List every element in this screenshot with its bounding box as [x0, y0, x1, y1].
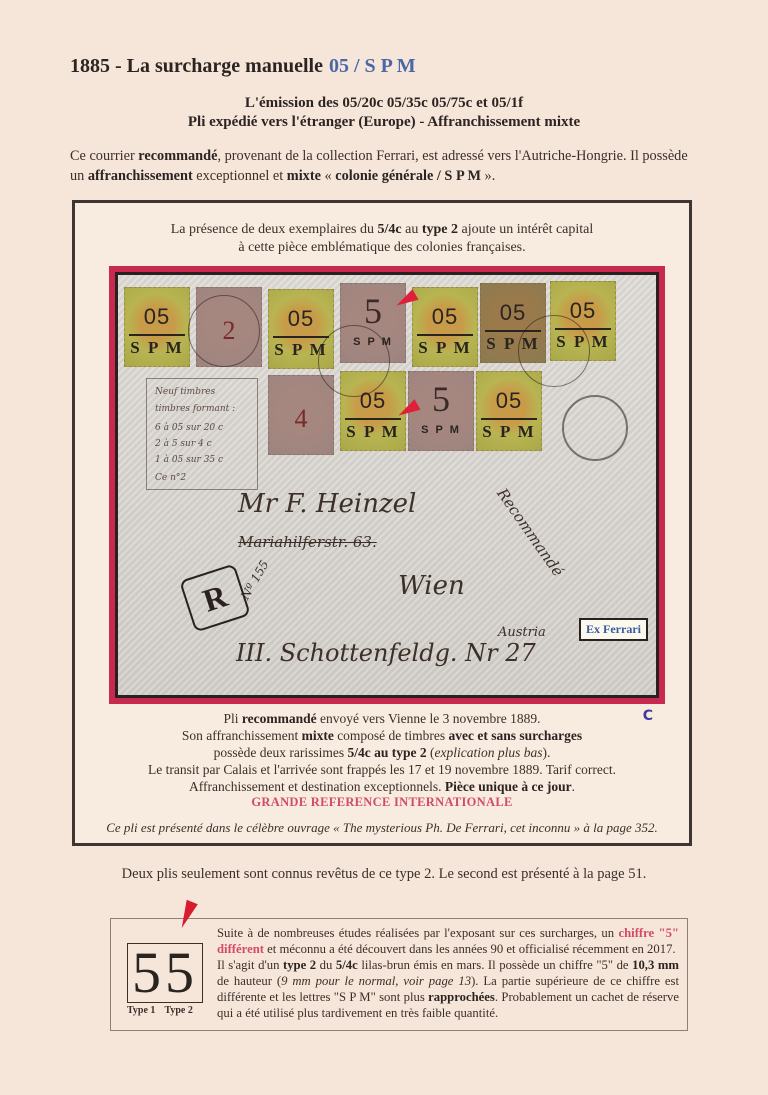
- city: Wien: [398, 571, 465, 601]
- caption-text: composé de timbres: [334, 728, 449, 743]
- explanation-span: lilas-brun émis en mars. Il possède un c…: [358, 958, 632, 972]
- caption-text: ).: [542, 745, 550, 760]
- overprint-letters: S P M: [341, 422, 405, 442]
- intro-bold: affranchissement: [88, 168, 193, 184]
- exhibit-frame: La présence de deux exemplaires du 5/4c …: [72, 200, 692, 846]
- type-labels: Type 1Type 2: [127, 1005, 207, 1016]
- overprint-bar: [481, 418, 537, 420]
- type-explanation-box: 55 Type 1Type 2 Suite à de nombreuses ét…: [110, 918, 688, 1031]
- subtitle: L'émission des 05/20c 05/35c 05/75c et 0…: [0, 94, 768, 132]
- note-line: 2 à 5 sur 4 c: [155, 439, 212, 449]
- overprint-letters: S P M: [409, 424, 473, 436]
- explanation-span: Suite à de nombreuses études réalisées p…: [217, 926, 618, 940]
- caption-bold: avec et sans surcharges: [449, 728, 583, 743]
- intro-text: Ce courrier: [70, 148, 138, 164]
- grande-reference: GRANDE REFERENCE INTERNATIONALE: [75, 795, 689, 810]
- explanation-bold: 5/4c: [336, 958, 358, 972]
- caption-text: .: [572, 779, 575, 794]
- subtitle-line-1: L'émission des 05/20c 05/35c 05/75c et 0…: [0, 94, 768, 113]
- struck-street: Mariahilferstr. 63.: [238, 533, 377, 551]
- frame-heading-line-2: à cette pièce emblématique des colonies …: [75, 239, 689, 257]
- caption-text: Pli: [223, 711, 241, 726]
- rarity-mark: C: [643, 708, 653, 724]
- envelope-image: 05S P M 2 05S P M 5S P M 05S P M 05S P M…: [115, 272, 659, 698]
- stamp-05-spm: 05S P M: [476, 371, 542, 451]
- explanation-text: Suite à de nombreuses études réalisées p…: [217, 925, 679, 1021]
- overprint-letters: S P M: [125, 338, 189, 358]
- frame-heading: La présence de deux exemplaires du 5/4c …: [75, 221, 689, 257]
- caption-bold: mixte: [302, 728, 334, 743]
- subtitle-line-2: Pli expédié vers l'étranger (Europe) - A…: [0, 113, 768, 132]
- overprint-bar: [417, 334, 473, 336]
- page-title: 1885 - La surcharge manuelle05 / S P M: [70, 55, 416, 78]
- intro-text: ».: [481, 168, 495, 184]
- note-line: 6 à 05 sur 20 c: [155, 423, 223, 433]
- note-line: Ce n°2: [155, 473, 186, 483]
- caption-italic: explication plus bas: [434, 745, 542, 760]
- caption-line: Pli recommandé envoyé vers Vienne le 3 n…: [75, 710, 689, 727]
- caption-text: Affranchissement et destination exceptio…: [189, 779, 445, 794]
- explanation-bold: type 2: [283, 958, 316, 972]
- overprint-value: 05: [477, 388, 541, 414]
- intro-text: exceptionnel et: [193, 168, 287, 184]
- explanation-italic: 9 mm pour le normal, voir page 13: [281, 974, 471, 988]
- intro-bold: mixte: [287, 168, 321, 184]
- caption-line: Le transit par Calais et l'arrivée sont …: [75, 761, 689, 778]
- cover-mat: 05S P M 2 05S P M 5S P M 05S P M 05S P M…: [109, 266, 665, 704]
- heading-bold: type 2: [422, 222, 458, 237]
- intro-text: «: [321, 168, 335, 184]
- literature-reference: Ce pli est présenté dans le célèbre ouvr…: [75, 820, 689, 836]
- explanation-span: du: [316, 958, 336, 972]
- address-line: III. Schottenfeldg. Nr 27: [236, 639, 536, 667]
- overprint-5: 5: [409, 378, 473, 420]
- note-line: 1 à 05 sur 35 c: [155, 455, 223, 465]
- caption-line: Affranchissement et destination exceptio…: [75, 778, 689, 795]
- title-accent: 05 / S P M: [329, 55, 416, 77]
- stamp-05-spm: 05S P M: [412, 287, 478, 367]
- postmark-cancel: [188, 295, 260, 367]
- ex-ferrari-label: Ex Ferrari: [579, 618, 648, 641]
- st-pierre-postmark: [562, 395, 628, 461]
- explanation-span: et méconnu a été découvert dans les anné…: [264, 942, 676, 956]
- explanation-bold: rapprochées: [428, 990, 495, 1004]
- caption-line: Son affranchissement mixte composé de ti…: [75, 727, 689, 744]
- heading-text: au: [402, 222, 422, 237]
- note-line: Neuf timbres: [155, 387, 215, 397]
- type-2-label: Type 2: [164, 1005, 192, 1016]
- registered-r-stamp: R: [179, 563, 251, 632]
- intro-bold: colonie générale / S P M: [335, 168, 481, 184]
- caption-text: Son affranchissement: [182, 728, 302, 743]
- overprint-bar: [129, 334, 185, 336]
- handwritten-note: Neuf timbres timbres formant : 6 à 05 su…: [146, 378, 258, 490]
- overprint-value: 05: [125, 304, 189, 330]
- intro-bold: recommandé: [138, 148, 217, 164]
- heading-text: La présence de deux exemplaires du: [171, 222, 378, 237]
- footer-note: Deux plis seulement sont connus revêtus …: [0, 866, 768, 883]
- frame-heading-line-1: La présence de deux exemplaires du 5/4c …: [75, 221, 689, 239]
- stamp-value: 4: [269, 404, 333, 434]
- intro-paragraph: Ce courrier recommandé, provenant de la …: [70, 146, 700, 186]
- overprint-letters: S P M: [477, 422, 541, 442]
- title-text: 1885 - La surcharge manuelle: [70, 55, 323, 77]
- overprint-value: 05: [413, 304, 477, 330]
- type-1-label: Type 1: [127, 1005, 155, 1016]
- country: Austria: [498, 625, 546, 640]
- caption-bold: 5/4c au type 2: [347, 745, 426, 760]
- overprint-bar: [273, 336, 329, 338]
- caption-text: possède deux rarissimes: [214, 745, 348, 760]
- caption-text: envoyé vers Vienne le 3 novembre 1889.: [317, 711, 541, 726]
- pointer-arrow-icon: [176, 900, 198, 930]
- stamp-4c: 4: [268, 375, 334, 455]
- postmark-cancel: [518, 315, 590, 387]
- caption-bold: Pièce unique à ce jour: [445, 779, 572, 794]
- heading-text: ajoute un intérêt capital: [458, 222, 593, 237]
- cover-caption: Pli recommandé envoyé vers Vienne le 3 n…: [75, 710, 689, 795]
- heading-bold: 5/4c: [378, 222, 402, 237]
- caption-line: possède deux rarissimes 5/4c au type 2 (…: [75, 744, 689, 761]
- type-comparison-digits: 55: [127, 943, 203, 1003]
- recommande-note: Recommandé: [493, 485, 567, 580]
- explanation-span: Il s'agit d'un: [217, 958, 283, 972]
- note-line: timbres formant :: [155, 404, 235, 414]
- explanation-bold: 10,3 mm: [632, 958, 679, 972]
- caption-bold: recommandé: [242, 711, 317, 726]
- explanation-span: de hauteur (: [217, 974, 281, 988]
- overprint-letters: S P M: [413, 338, 477, 358]
- overprint-bar: [345, 418, 401, 420]
- addressee: Mr F. Heinzel: [238, 489, 416, 519]
- stamp-05-spm: 05S P M: [124, 287, 190, 367]
- postmark-cancel: [318, 325, 390, 397]
- overprint-value: 05: [269, 306, 333, 332]
